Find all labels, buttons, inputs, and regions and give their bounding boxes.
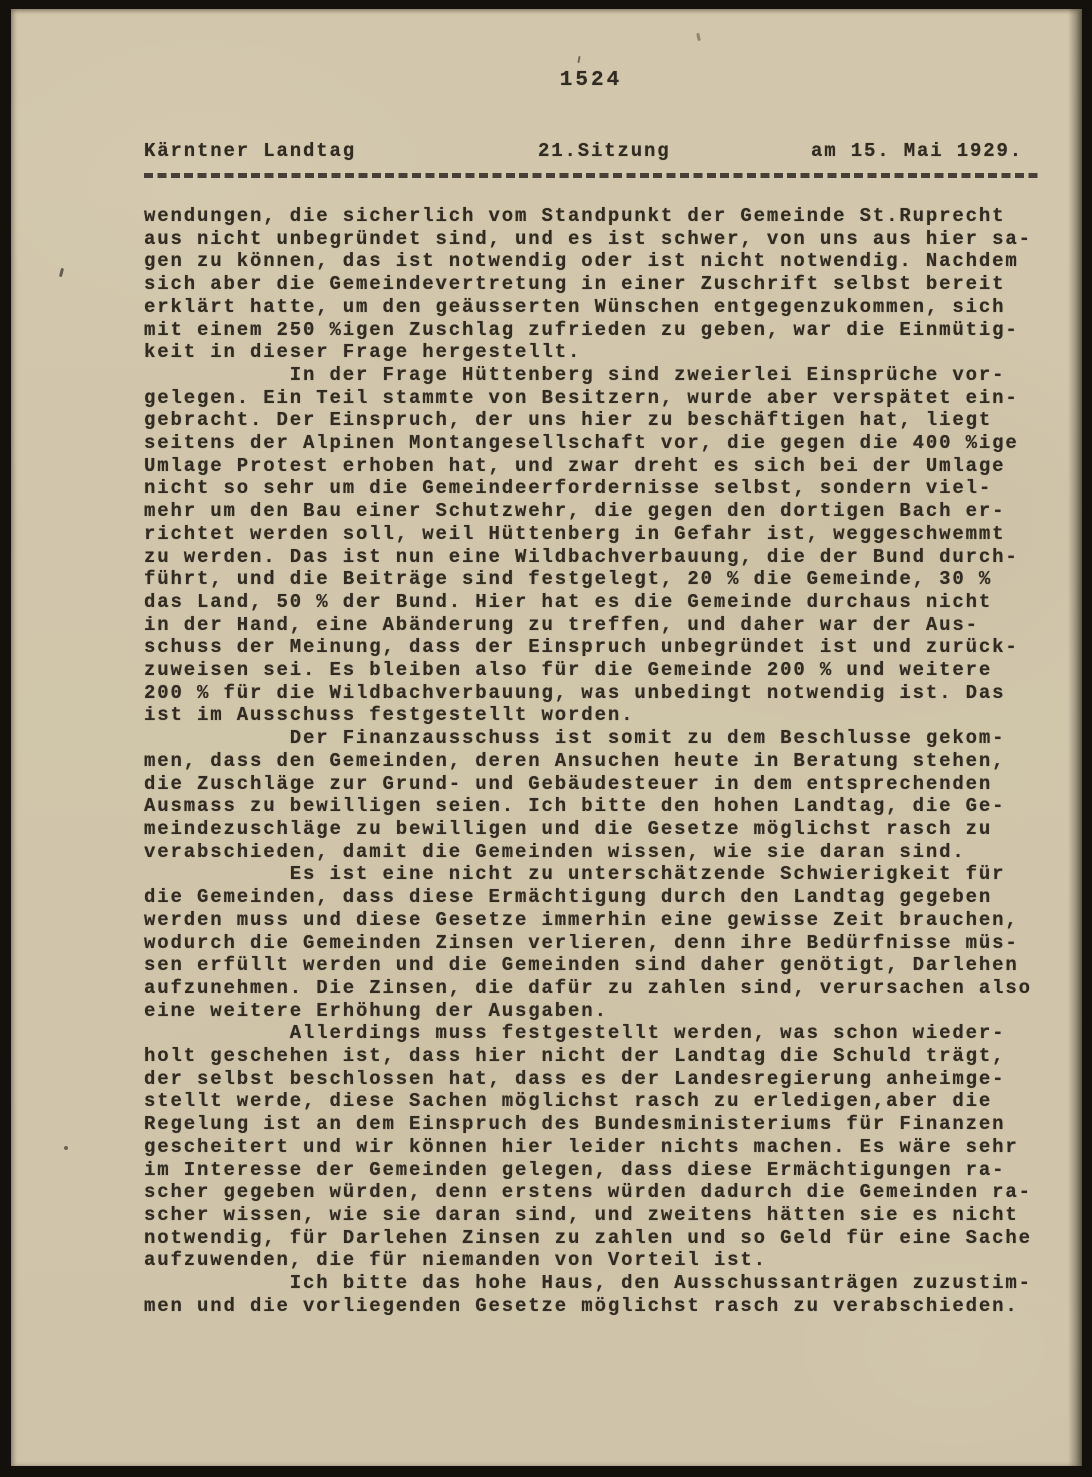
text-line: mehr um den Bau einer Schutzwehr, die ge… xyxy=(144,500,1054,523)
dashed-divider-rule xyxy=(144,173,1040,178)
text-line: der selbst beschlossen hat, dass es der … xyxy=(144,1068,1054,1091)
text-line: Es ist eine nicht zu unterschätzende Sch… xyxy=(144,863,1054,886)
page-edge-shadow xyxy=(1068,9,1082,1466)
header-session-number: 21.Sitzung xyxy=(538,140,671,162)
text-line: das Land, 50 % der Bund. Hier hat es die… xyxy=(144,591,1054,614)
text-line: holt geschehen ist, dass hier nicht der … xyxy=(144,1045,1054,1068)
body-text: wendungen, die sicherlich vom Standpunkt… xyxy=(144,205,1054,1317)
text-line: mit einem 250 %igen Zuschlag zufrieden z… xyxy=(144,319,1054,342)
text-line: schuss der Meinung, dass der Einspruch u… xyxy=(144,636,1054,659)
text-line: aufzuwenden, die für niemanden von Vorte… xyxy=(144,1249,1054,1272)
text-line: Umlage Protest erhoben hat, und zwar dre… xyxy=(144,455,1054,478)
text-line: erklärt hatte, um den geäusserten Wünsch… xyxy=(144,296,1054,319)
text-line: aufzunehmen. Die Zinsen, die dafür zu za… xyxy=(144,977,1054,1000)
ink-speck xyxy=(696,33,701,41)
text-line: sen erfüllt werden und die Gemeinden sin… xyxy=(144,954,1054,977)
text-line: 200 % für die Wildbachverbauung, was unb… xyxy=(144,682,1054,705)
text-line: In der Frage Hüttenberg sind zweierlei E… xyxy=(144,364,1054,387)
text-line: Ausmass zu bewilligen seien. Ich bitte d… xyxy=(144,795,1054,818)
text-line: sich aber die Gemeindevertretung in eine… xyxy=(144,273,1054,296)
text-line: im Interesse der Gemeinden gelegen, dass… xyxy=(144,1159,1054,1182)
text-line: gelegen. Ein Teil stammte von Besitzern,… xyxy=(144,387,1054,410)
ink-speck xyxy=(59,268,64,277)
header-date: am 15. Mai 1929. xyxy=(811,140,1023,162)
text-line: Allerdings muss festgestellt werden, was… xyxy=(144,1022,1054,1045)
text-line: Ich bitte das hohe Haus, den Ausschussan… xyxy=(144,1272,1054,1295)
text-line: wendungen, die sicherlich vom Standpunkt… xyxy=(144,205,1054,228)
text-line: führt, und die Beiträge sind festgelegt,… xyxy=(144,568,1054,591)
text-line: nicht so sehr um die Gemeindeerfordernis… xyxy=(144,477,1054,500)
ink-speck xyxy=(577,56,580,63)
page-header: Kärntner Landtag 21.Sitzung am 15. Mai 1… xyxy=(144,140,1044,166)
text-line: werden muss und diese Gesetze immerhin e… xyxy=(144,909,1054,932)
text-line: keit in dieser Frage hergestellt. xyxy=(144,341,1054,364)
text-line: Regelung ist an dem Einspruch des Bundes… xyxy=(144,1113,1054,1136)
ink-speck xyxy=(64,1146,68,1150)
text-line: men und die vorliegenden Gesetze möglich… xyxy=(144,1295,1054,1318)
text-line: Der Finanzausschuss ist somit zu dem Bes… xyxy=(144,727,1054,750)
text-line: gescheitert und wir können hier leider n… xyxy=(144,1136,1054,1159)
text-line: notwendig, für Darlehen Zinsen zu zahlen… xyxy=(144,1227,1054,1250)
text-line: seitens der Alpinen Montangesellschaft v… xyxy=(144,432,1054,455)
text-line: zuweisen sei. Es bleiben also für die Ge… xyxy=(144,659,1054,682)
text-line: richtet werden soll, weil Hüttenberg in … xyxy=(144,523,1054,546)
document-page: 1524 Kärntner Landtag 21.Sitzung am 15. … xyxy=(11,9,1082,1466)
text-line: in der Hand, eine Abänderung zu treffen,… xyxy=(144,614,1054,637)
text-line: scher wissen, wie sie daran sind, und zw… xyxy=(144,1204,1054,1227)
page-number: 1524 xyxy=(144,69,1038,92)
scanned-page-canvas: 1524 Kärntner Landtag 21.Sitzung am 15. … xyxy=(0,0,1092,1477)
text-line: gebracht. Der Einspruch, der uns hier zu… xyxy=(144,409,1054,432)
text-line: wodurch die Gemeinden Zinsen verlieren, … xyxy=(144,932,1054,955)
text-line: gen zu können, das ist notwendig oder is… xyxy=(144,250,1054,273)
text-line: ist im Ausschuss festgestellt worden. xyxy=(144,704,1054,727)
text-line: aus nicht unbegründet sind, und es ist s… xyxy=(144,228,1054,251)
text-line: die Zuschläge zur Grund- und Gebäudesteu… xyxy=(144,773,1054,796)
header-institution: Kärntner Landtag xyxy=(144,140,356,162)
text-line: scher gegeben würden, denn erstens würde… xyxy=(144,1181,1054,1204)
text-line: stellt werde, diese Sachen möglichst ras… xyxy=(144,1090,1054,1113)
text-line: zu werden. Das ist nun eine Wildbachverb… xyxy=(144,546,1054,569)
text-line: eine weitere Erhöhung der Ausgaben. xyxy=(144,1000,1054,1023)
text-line: men, dass den Gemeinden, deren Ansuchen … xyxy=(144,750,1054,773)
text-line: verabschieden, damit die Gemeinden wisse… xyxy=(144,841,1054,864)
text-line: meindezuschläge zu bewilligen und die Ge… xyxy=(144,818,1054,841)
text-line: die Gemeinden, dass diese Ermächtigung d… xyxy=(144,886,1054,909)
